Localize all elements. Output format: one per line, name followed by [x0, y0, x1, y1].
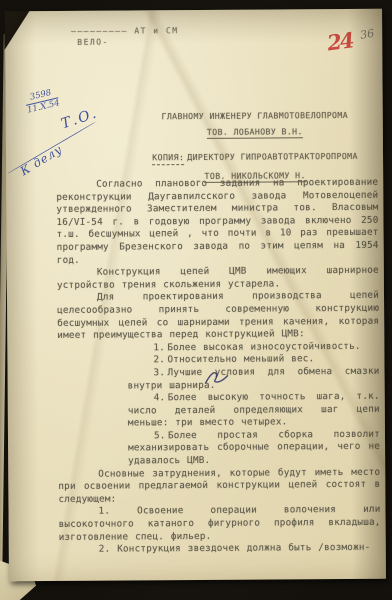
- stamp-crossout: —————————: [71, 26, 128, 35]
- registry-note: 3598 11.X.54: [24, 88, 61, 116]
- paragraph-3: Для проектирования производства цепей це…: [57, 290, 379, 343]
- pencil-page-number: 36: [359, 27, 375, 42]
- scribble-icon: [204, 370, 230, 386]
- paragraph-2: Конструкция цепей ЦМВ имеющих шарнирное …: [57, 265, 379, 292]
- pen-stroke: [7, 121, 97, 174]
- difficulty-item-2: 2. Конструкция звездочек должна быть /во…: [59, 542, 381, 557]
- recipient-line1: ГЛАВНОМУ ИНЖЕНЕРУ ГЛАВМОТОВЕЛОПРОМА: [126, 110, 384, 122]
- copy-label: КОПИЯ:: [152, 152, 184, 165]
- corner-stamp-line2: ВЕЛО-: [71, 36, 178, 48]
- scanned-letter-photo: { "colors": { "backdrop": "#17140f", "pa…: [0, 0, 392, 600]
- corner-stamp: ————————— АТ и СМ ВЕЛО-: [71, 25, 179, 48]
- resolution-initials: Т.О.: [59, 105, 100, 132]
- difficulty-item-1: 1. Освоение операции волочения или высок…: [58, 504, 380, 544]
- resolution-text: К делу: [18, 142, 65, 178]
- corner-stamp-line1: ————————— АТ и СМ: [71, 25, 178, 37]
- paragraph-4: Основные затруднения, которые будут имет…: [58, 466, 380, 506]
- copy-line: КОПИЯ:ДИРЕКТОРУ ГИПРОАВТОТРАКТОРОПРОМА: [126, 151, 384, 166]
- red-page-number: 24: [326, 27, 354, 55]
- letter-body: Согласно планового задания на проектиров…: [56, 177, 381, 557]
- ink-correction-mark: [204, 370, 230, 386]
- recipient-block: ГЛАВНОМУ ИНЖЕНЕРУ ГЛАВМОТОВЕЛОПРОМА ТОВ.…: [126, 104, 385, 184]
- advantage-item-5: 5.Более простая сборка позволит механизи…: [58, 429, 380, 469]
- torn-corner: [4, 10, 30, 50]
- copy-recipient: ДИРЕКТОРУ ГИПРОАВТОТРАКТОРОПРОМА: [187, 151, 358, 162]
- recipient-line2: ТОВ. ЛОБАНОВУ В.Н.: [126, 126, 384, 140]
- document-sheet: ————————— АТ и СМ ВЕЛО- 24 36 3598 11.X.…: [5, 9, 386, 582]
- advantage-item-4: 4.Более высокую точность шага, т.к. числ…: [58, 391, 380, 431]
- stamp-dept: АТ и СМ: [134, 26, 178, 35]
- paragraph-1: Согласно планового задания на проектиров…: [56, 177, 379, 267]
